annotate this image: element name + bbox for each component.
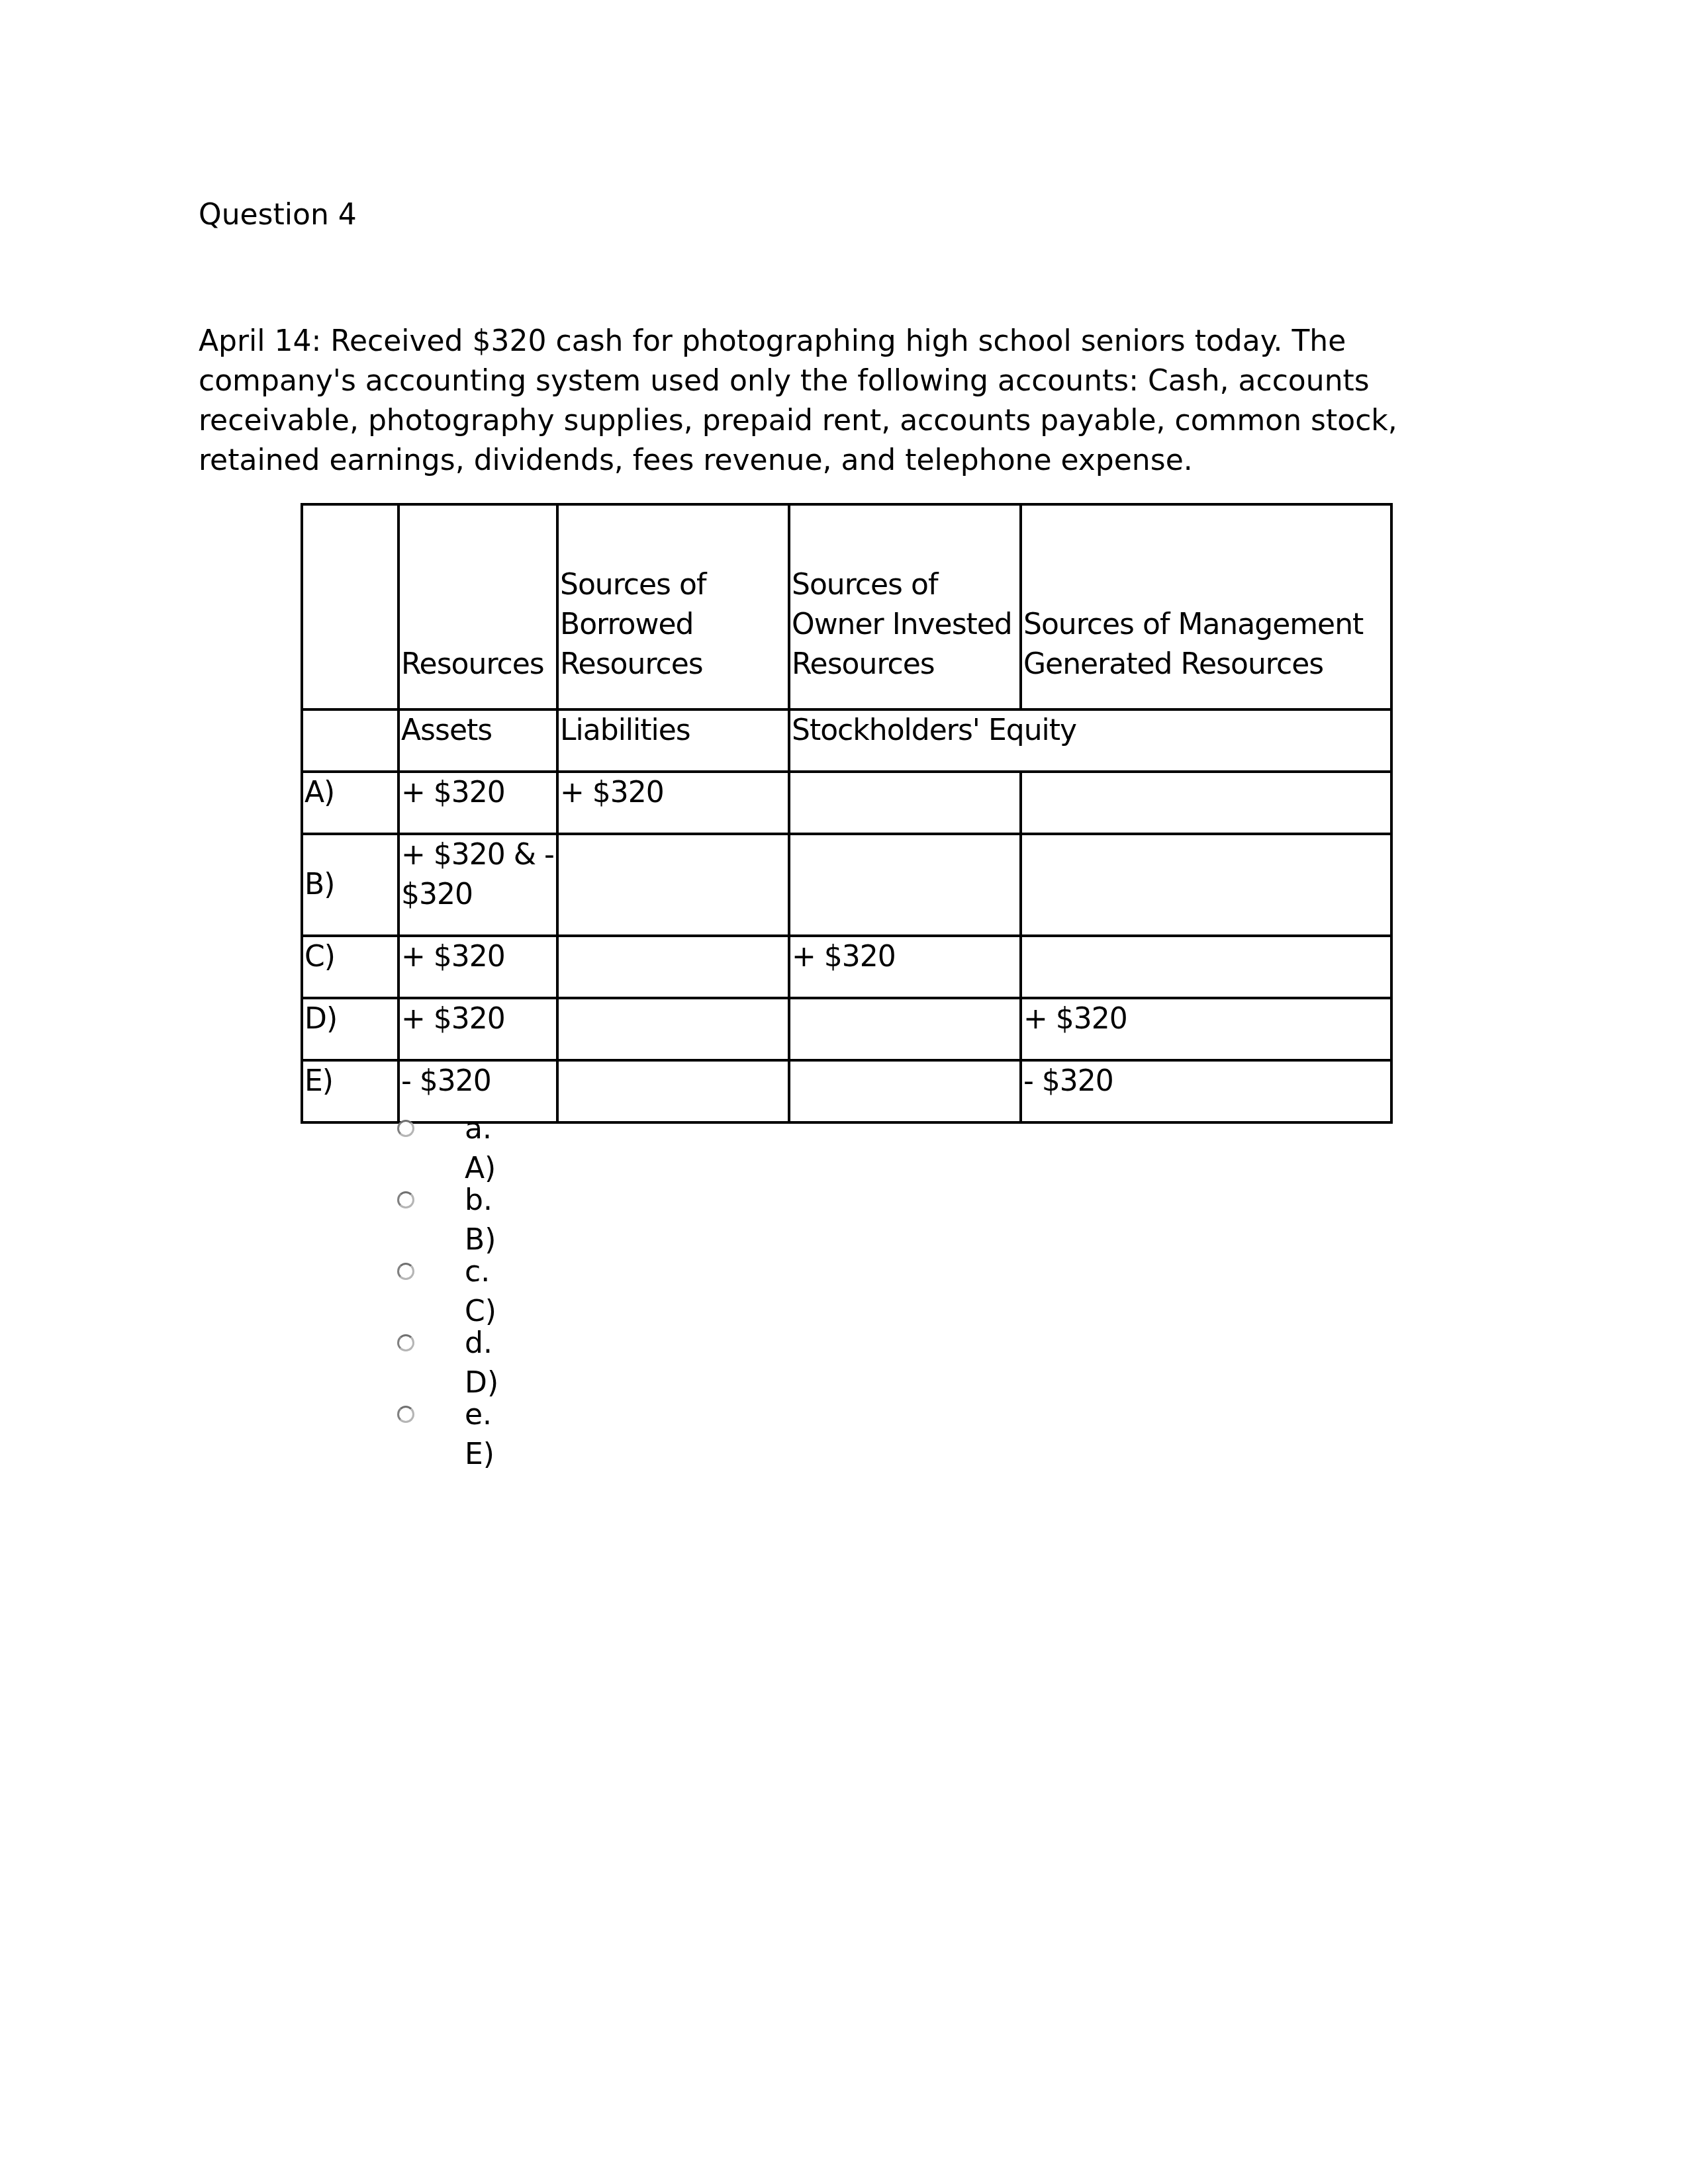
owner-cell	[789, 1060, 1021, 1122]
category-cell	[302, 709, 399, 772]
management-cell	[1021, 834, 1391, 936]
assets-cell: + $320	[399, 998, 557, 1060]
table-row: B) + $320 & - $320	[302, 834, 1391, 936]
answer-table: Resources Sources of Borrowed Resources …	[301, 503, 1393, 1124]
management-cell	[1021, 936, 1391, 998]
header-cell: Sources of Management Generated Resource…	[1021, 504, 1391, 709]
liabilities-cell	[557, 998, 789, 1060]
row-label: C)	[302, 936, 399, 998]
management-cell	[1021, 772, 1391, 834]
owner-cell: + $320	[789, 936, 1021, 998]
row-label: A)	[302, 772, 399, 834]
option-label[interactable]: e. E)	[465, 1395, 494, 1475]
option-a[interactable]: a. A)	[397, 1109, 414, 1181]
option-c[interactable]: c. C)	[397, 1252, 414, 1324]
category-row: Assets Liabilities Stockholders' Equity	[302, 709, 1391, 772]
option-label[interactable]: b. B)	[465, 1181, 496, 1260]
header-cell	[302, 504, 399, 709]
category-cell: Assets	[399, 709, 557, 772]
management-cell: - $320	[1021, 1060, 1391, 1122]
liabilities-cell	[557, 834, 789, 936]
header-cell: Sources of Borrowed Resources	[557, 504, 789, 709]
liabilities-cell	[557, 1060, 789, 1122]
table-row: D) + $320 + $320	[302, 998, 1391, 1060]
option-b[interactable]: b. B)	[397, 1181, 414, 1252]
owner-cell	[789, 998, 1021, 1060]
radio-button[interactable]	[397, 1406, 414, 1423]
table-row: C) + $320 + $320	[302, 936, 1391, 998]
option-d[interactable]: d. D)	[397, 1324, 414, 1395]
assets-cell: + $320	[399, 772, 557, 834]
assets-cell: + $320	[399, 936, 557, 998]
assets-cell: + $320 & - $320	[399, 834, 557, 936]
question-text: April 14: Received $320 cash for photogr…	[199, 322, 1489, 480]
option-label[interactable]: a. A)	[465, 1109, 496, 1189]
liabilities-cell	[557, 936, 789, 998]
owner-cell	[789, 772, 1021, 834]
option-e[interactable]: e. E)	[397, 1395, 414, 1467]
row-label: E)	[302, 1060, 399, 1122]
radio-button[interactable]	[397, 1191, 414, 1208]
header-cell: Sources of Owner Invested Resources	[789, 504, 1021, 709]
liabilities-cell: + $320	[557, 772, 789, 834]
header-row: Resources Sources of Borrowed Resources …	[302, 504, 1391, 709]
option-label[interactable]: c. C)	[465, 1252, 496, 1332]
radio-button[interactable]	[397, 1263, 414, 1280]
table-row: A) + $320 + $320	[302, 772, 1391, 834]
row-label: D)	[302, 998, 399, 1060]
answer-options: a. A) b. B) c. C) d. D) e. E)	[397, 1109, 414, 1467]
management-cell: + $320	[1021, 998, 1391, 1060]
owner-cell	[789, 834, 1021, 936]
radio-button[interactable]	[397, 1120, 414, 1137]
row-label: B)	[302, 834, 399, 936]
option-label[interactable]: d. D)	[465, 1324, 498, 1403]
header-cell: Resources	[399, 504, 557, 709]
question-title: Question 4	[199, 195, 357, 235]
category-cell: Stockholders' Equity	[789, 709, 1391, 772]
radio-button[interactable]	[397, 1334, 414, 1351]
category-cell: Liabilities	[557, 709, 789, 772]
